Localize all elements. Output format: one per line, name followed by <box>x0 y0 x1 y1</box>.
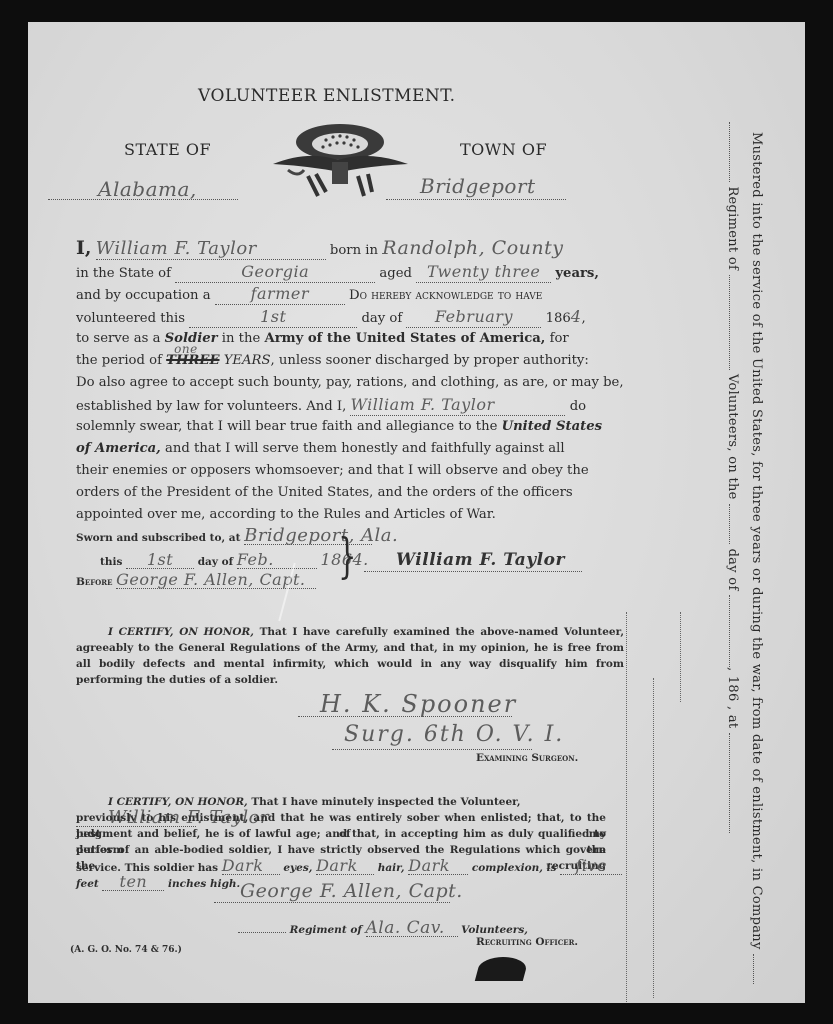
age-value: Twenty three <box>416 262 551 283</box>
line-state: in the State of Georgia aged Twenty thre… <box>76 262 646 284</box>
faint-vertical-line-1 <box>626 612 627 1002</box>
muster-day-blank <box>729 504 730 544</box>
united-states-text: United States <box>502 419 602 434</box>
recruiting-officer-label: Recruiting Officer. <box>476 934 578 950</box>
oath-pronoun: I, <box>76 237 92 259</box>
sworn-before-row: Before George F. Allen, Capt. <box>76 572 316 590</box>
birth-state: Georgia <box>175 262 375 283</box>
line-appointed: appointed over me, according to the Rule… <box>76 505 646 525</box>
recruiter-signature: George F. Allen, Capt. <box>240 880 463 902</box>
period-rest: , unless sooner discharged by proper aut… <box>271 353 589 368</box>
line-bounty: Do also agree to accept such bounty, pay… <box>76 373 646 393</box>
brace-divider: } <box>338 532 356 580</box>
volunteer-signature-line <box>364 571 582 572</box>
inches-value: ten <box>102 874 164 891</box>
hair-label: hair, <box>378 862 405 874</box>
oath-name: William F. Taylor <box>350 395 565 416</box>
line-orders: orders of the President of the United St… <box>76 483 646 503</box>
muster-outer-text: Mustered into the service of the United … <box>749 132 764 984</box>
state-label: STATE OF <box>124 140 211 159</box>
sworn-at-row: Sworn and subscribed to, at Bridgeport, … <box>76 528 372 546</box>
surgeon-signature: H. K. Spooner <box>320 690 517 718</box>
state-value: Alabama, <box>98 177 197 201</box>
serve-text: to serve as a <box>76 331 160 346</box>
muster-year-label: , 186 , at <box>725 667 740 728</box>
eyes-label: eyes, <box>283 862 312 874</box>
line-america: of America, and that I will serve them h… <box>76 439 646 459</box>
town-label: TOWN OF <box>460 140 547 159</box>
established-text: established by law for volunteers. And I… <box>76 399 346 414</box>
do-text: do <box>570 399 586 414</box>
form-reference: (A. G. O. No. 74 & 76.) <box>70 942 182 958</box>
occupation-label: and by occupation a <box>76 288 211 303</box>
enlistment-form-page: VOLUNTEER ENLISTMENT. STATE OF TOWN OF A… <box>28 22 805 1003</box>
faint-vertical-line-3 <box>680 612 681 702</box>
muster-day-of-label: day of <box>725 549 740 591</box>
regiment-number-blank <box>238 932 286 933</box>
army-text: Army of the United States of America, <box>264 331 545 346</box>
muster-inner-text: Regiment of Volunteers, on the day of , … <box>725 122 740 833</box>
regiment-number-blank-margin <box>729 122 730 182</box>
period-label: the period of <box>76 353 162 368</box>
feet-label: feet <box>76 878 99 890</box>
document-title: VOLUNTEER ENLISTMENT. <box>198 86 456 106</box>
surgeon-certification: I CERTIFY, ON HONOR, That I have careful… <box>76 624 624 688</box>
year-prefix: 186 <box>546 311 571 326</box>
sworn-month: Feb. <box>237 552 317 569</box>
day-of-label: day of <box>361 311 402 326</box>
complexion-label: complexion, is <box>472 862 557 874</box>
muster-place-blank <box>729 733 730 833</box>
town-underline <box>386 199 566 200</box>
regiment-value: Ala. Cav. <box>366 920 458 937</box>
town-value: Bridgeport <box>420 174 536 198</box>
line-serve: to serve as a Soldier in the Army of the… <box>76 329 646 349</box>
enlist-month: February <box>406 307 541 328</box>
aged-label: aged <box>379 266 412 281</box>
serve-honestly-text: and that I will serve them honestly and … <box>165 441 565 456</box>
this-label: this <box>100 556 122 568</box>
years-text: YEARS <box>224 353 271 368</box>
in-the-text: in the <box>222 331 261 346</box>
line-volunteered: volunteered this 1st day of February 186… <box>76 307 646 329</box>
state-of-label: in the State of <box>76 266 171 281</box>
eyes-value: Dark <box>222 858 280 875</box>
sworn-date-row: this 1st day of Feb. 1864. <box>100 552 369 570</box>
handwritten-one: one <box>174 339 198 359</box>
height-row: feet ten inches high. <box>76 874 240 892</box>
before-value: George F. Allen, Capt. <box>116 572 316 589</box>
birthplace: Randolph, County <box>382 238 592 258</box>
regiment-label: Regiment of <box>290 924 362 936</box>
regiment-of-blank <box>729 275 730 370</box>
muster-regiment-label: Regiment of <box>725 186 740 270</box>
line-swear: solemnly swear, that I will bear true fa… <box>76 417 646 437</box>
sworn-at-label: Sworn and subscribed to, at <box>76 532 240 544</box>
muster-volunteers-label: Volunteers, on the <box>725 374 740 500</box>
soldier-has-label: service. This soldier has <box>76 862 218 874</box>
line-occupation: and by occupation a farmer Do hereby ack… <box>76 284 646 306</box>
enlist-day: 1st <box>189 307 357 328</box>
hair-value: Dark <box>316 858 374 875</box>
feet-value: five <box>560 858 622 875</box>
state-underline <box>48 199 238 200</box>
complexion-value: Dark <box>408 858 468 875</box>
sworn-day-of-label: day of <box>198 556 233 568</box>
volunteer-name: William F. Taylor <box>96 239 326 260</box>
line-period: the period of THREE one YEARS, unless so… <box>76 351 646 371</box>
for-text: for <box>550 331 569 346</box>
eagle-seal-icon <box>268 120 413 200</box>
born-in-label: born in <box>330 243 378 258</box>
volunteer-signature: William F. Taylor <box>396 550 565 570</box>
line-name: I, William F. Taylor born in Randolph, C… <box>76 238 646 261</box>
line-enemies: their enemies or opposers whomsoever; an… <box>76 461 646 481</box>
swear-text: solemnly swear, that I will bear true fa… <box>76 419 497 434</box>
muster-month-blank <box>729 595 730 667</box>
of-america-text: of America, <box>76 441 161 456</box>
muster-outer-label: Mustered into the service of the United … <box>749 132 764 950</box>
recruiter-line-1: That I have minutely inspected the Volun… <box>251 796 520 808</box>
inches-label: inches high. <box>168 878 240 890</box>
year-suffix: 4 <box>571 307 582 326</box>
surgeon-certify-heading: I CERTIFY, ON HONOR, <box>108 626 254 638</box>
before-label: Before <box>76 576 112 588</box>
examining-surgeon-label: Examining Surgeon. <box>476 750 578 766</box>
occupation-value: farmer <box>215 284 345 305</box>
faint-vertical-line-2 <box>653 678 654 998</box>
sworn-day: 1st <box>126 552 194 569</box>
surgeon-unit: Surg. 6th O. V. I. <box>344 722 564 747</box>
volunteered-label: volunteered this <box>76 311 185 326</box>
acknowledge-text: Do hereby acknowledge to have <box>349 288 542 303</box>
recruiter-signature-line <box>214 902 450 903</box>
surgeon-signature-line <box>298 716 512 717</box>
years-label: years, <box>555 266 599 281</box>
company-blank <box>753 954 754 984</box>
line-established: established by law for volunteers. And I… <box>76 395 646 417</box>
